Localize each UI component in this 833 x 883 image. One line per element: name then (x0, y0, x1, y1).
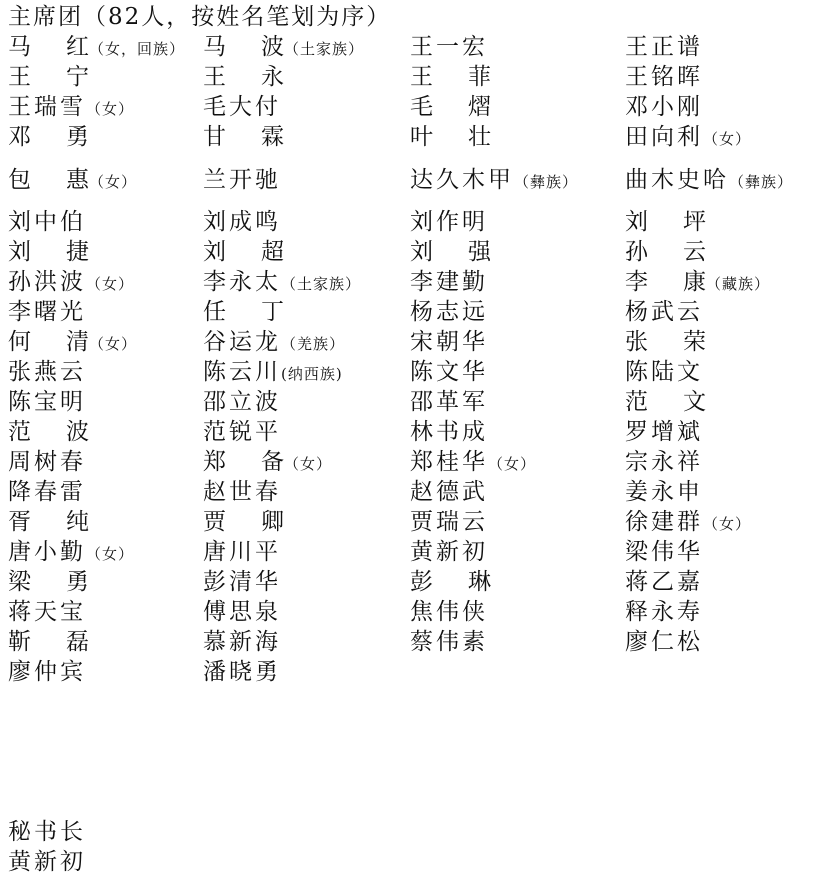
member-name: 梁伟华 (625, 537, 703, 567)
member-entry: 刘捷 (8, 237, 89, 267)
member-name: 廖仁松 (625, 627, 703, 657)
member-entry: 宋朝华 (410, 327, 488, 357)
member-name: 刘强 (410, 237, 491, 267)
member-entry: 王一宏 (410, 32, 488, 62)
member-entry: 彭琳 (410, 567, 491, 597)
member-entry: 王铭晖 (625, 62, 703, 92)
member-name: 宗永祥 (625, 447, 703, 477)
name-row: 孙洪波（女）李永太（土家族）李建勤李康（藏族） (8, 267, 833, 297)
member-name: 范波 (8, 417, 89, 447)
name-row: 何清（女）谷运龙（羌族）宋朝华张荣 (8, 327, 833, 357)
member-name: 释永寿 (625, 597, 703, 627)
member-entry: 陈宝明 (8, 387, 86, 417)
member-name: 宋朝华 (410, 327, 488, 357)
member-entry: 梁勇 (8, 567, 89, 597)
member-entry: 刘成鸣 (203, 207, 281, 237)
member-entry: 任丁 (203, 297, 284, 327)
member-entry: 刘超 (203, 237, 284, 267)
member-entry: 邵革军 (410, 387, 488, 417)
member-entry: 王宁 (8, 62, 89, 92)
member-entry: 廖仁松 (625, 627, 703, 657)
member-entry: 贾瑞云 (410, 507, 488, 537)
member-entry: 达久木甲（彝族） (410, 165, 578, 195)
member-entry: 释永寿 (625, 597, 703, 627)
name-row: 李曙光任丁杨志远杨武云 (8, 297, 833, 327)
name-row: 包惠（女）兰开驰达久木甲（彝族）曲木史哈（彝族） (8, 165, 833, 195)
member-note: （藏族） (706, 275, 770, 293)
member-entry: 杨武云 (625, 297, 703, 327)
member-entry: 蔡伟素 (410, 627, 488, 657)
member-name: 焦伟侠 (410, 597, 488, 627)
member-entry: 兰开驰 (203, 165, 281, 195)
member-entry: 毛大付 (203, 92, 281, 122)
member-name: 赵德武 (410, 477, 488, 507)
member-note: （女） (703, 130, 751, 148)
member-name: 甘霖 (203, 122, 284, 152)
member-name: 马红 (8, 32, 89, 62)
member-name: 刘作明 (410, 207, 488, 237)
member-entry: 王菲 (410, 62, 491, 92)
name-row: 梁勇彭清华彭琳蒋乙嘉 (8, 567, 833, 597)
member-name: 王宁 (8, 62, 89, 92)
member-name: 李永太 (203, 267, 281, 297)
member-name: 梁勇 (8, 567, 89, 597)
member-entry: 刘作明 (410, 207, 488, 237)
member-name: 刘成鸣 (203, 207, 281, 237)
member-name: 降春雷 (8, 477, 86, 507)
member-name: 叶壮 (410, 122, 491, 152)
member-note: （女） (284, 455, 332, 473)
member-entry: 陈陆文 (625, 357, 703, 387)
member-name: 陈宝明 (8, 387, 86, 417)
member-name: 黄新初 (410, 537, 488, 567)
member-entry: 张荣 (625, 327, 706, 357)
member-entry: 傅思泉 (203, 597, 281, 627)
member-name: 张燕云 (8, 357, 86, 387)
member-note: （土家族） (284, 40, 364, 58)
member-entry: 蒋天宝 (8, 597, 86, 627)
member-name: 何清 (8, 327, 89, 357)
member-entry: 潘晓勇 (203, 657, 281, 687)
member-entry: 刘中伯 (8, 207, 86, 237)
member-entry: 何清（女） (8, 327, 137, 357)
name-row: 蒋天宝傅思泉焦伟侠释永寿 (8, 597, 833, 627)
member-name: 毛大付 (203, 92, 281, 122)
member-entry: 毛熠 (410, 92, 491, 122)
member-note: （羌族） (281, 335, 345, 353)
name-row: 王宁王永王菲王铭晖 (8, 62, 833, 92)
secretary-general-name: 黄新初 (8, 847, 86, 877)
member-name: 陈云川 (203, 357, 281, 387)
name-row: 靳磊慕新海蔡伟素廖仁松 (8, 627, 833, 657)
member-name: 谷运龙 (203, 327, 281, 357)
name-row: 周树春郑备（女）郑桂华（女）宗永祥 (8, 447, 833, 477)
member-name: 邵立波 (203, 387, 281, 417)
member-entry: 谷运龙（羌族） (203, 327, 345, 357)
name-row: 刘捷刘超刘强孙云 (8, 237, 833, 267)
member-name: 靳磊 (8, 627, 89, 657)
member-entry: 孙洪波（女） (8, 267, 134, 297)
member-name: 达久木甲 (410, 165, 514, 195)
member-name: 唐川平 (203, 537, 281, 567)
member-entry: 梁伟华 (625, 537, 703, 567)
member-name: 姜永申 (625, 477, 703, 507)
member-name: 曲木史哈 (625, 165, 729, 195)
member-name: 杨武云 (625, 297, 703, 327)
member-entry: 邓勇 (8, 122, 89, 152)
member-entry: 王永 (203, 62, 284, 92)
name-row: 王瑞雪（女）毛大付毛熠邓小刚 (8, 92, 833, 122)
member-entry: 廖仲宾 (8, 657, 86, 687)
member-entry: 赵德武 (410, 477, 488, 507)
member-name: 林书成 (410, 417, 488, 447)
member-name: 王瑞雪 (8, 92, 86, 122)
member-entry: 周树春 (8, 447, 86, 477)
member-name: 李康 (625, 267, 706, 297)
member-name: 廖仲宾 (8, 657, 86, 687)
member-name: 罗增斌 (625, 417, 703, 447)
member-entry: 慕新海 (203, 627, 281, 657)
member-name: 郑备 (203, 447, 284, 477)
member-name: 王正谱 (625, 32, 703, 62)
name-row: 廖仲宾潘晓勇 (8, 657, 833, 687)
member-name: 蔡伟素 (410, 627, 488, 657)
member-entry: 郑桂华（女） (410, 447, 536, 477)
member-entry: 赵世春 (203, 477, 281, 507)
member-entry: 罗增斌 (625, 417, 703, 447)
member-name: 马波 (203, 32, 284, 62)
name-row: 陈宝明邵立波邵革军范文 (8, 387, 833, 417)
member-name: 赵世春 (203, 477, 281, 507)
member-name: 邵革军 (410, 387, 488, 417)
member-name: 胥纯 (8, 507, 89, 537)
member-name: 杨志远 (410, 297, 488, 327)
member-name: 刘坪 (625, 207, 706, 237)
member-name: 蒋乙嘉 (625, 567, 703, 597)
member-entry: 徐建群（女） (625, 507, 751, 537)
member-name: 唐小勤 (8, 537, 86, 567)
member-entry: 蒋乙嘉 (625, 567, 703, 597)
member-name: 张荣 (625, 327, 706, 357)
name-row: 张燕云陈云川(纳西族)陈文华陈陆文 (8, 357, 833, 387)
member-name: 刘超 (203, 237, 284, 267)
member-name: 刘捷 (8, 237, 89, 267)
member-note: （彝族） (514, 173, 578, 191)
member-entry: 马波（土家族） (203, 32, 364, 62)
member-entry: 范文 (625, 387, 706, 417)
member-entry: 唐川平 (203, 537, 281, 567)
member-name: 慕新海 (203, 627, 281, 657)
member-name: 徐建群 (625, 507, 703, 537)
member-entry: 孙云 (625, 237, 706, 267)
member-entry: 刘坪 (625, 207, 706, 237)
member-name: 陈文华 (410, 357, 488, 387)
member-name: 邓小刚 (625, 92, 703, 122)
member-entry: 王正谱 (625, 32, 703, 62)
member-entry: 胥纯 (8, 507, 89, 537)
member-entry: 马红（女，回族） (8, 32, 185, 62)
name-row: 胥纯贾卿贾瑞云徐建群（女） (8, 507, 833, 537)
member-entry: 陈云川(纳西族) (203, 357, 343, 387)
member-note: （女） (86, 545, 134, 563)
name-row: 唐小勤（女）唐川平黄新初梁伟华 (8, 537, 833, 567)
member-name: 郑桂华 (410, 447, 488, 477)
member-entry: 黄新初 (410, 537, 488, 567)
member-name: 兰开驰 (203, 165, 281, 195)
member-name: 王菲 (410, 62, 491, 92)
member-entry: 李建勤 (410, 267, 488, 297)
member-name: 彭琳 (410, 567, 491, 597)
member-entry: 范锐平 (203, 417, 281, 447)
member-note: (纳西族) (281, 365, 343, 383)
member-entry: 李曙光 (8, 297, 86, 327)
member-entry: 唐小勤（女） (8, 537, 134, 567)
member-note: （女） (86, 100, 134, 118)
member-name: 王一宏 (410, 32, 488, 62)
member-name: 毛熠 (410, 92, 491, 122)
name-row: 降春雷赵世春赵德武姜永申 (8, 477, 833, 507)
member-entry: 降春雷 (8, 477, 86, 507)
member-name: 包惠 (8, 165, 89, 195)
name-row: 马红（女，回族）马波（土家族）王一宏王正谱 (8, 32, 833, 62)
member-entry: 邓小刚 (625, 92, 703, 122)
member-name: 李曙光 (8, 297, 86, 327)
member-entry: 郑备（女） (203, 447, 332, 477)
member-name: 孙云 (625, 237, 706, 267)
member-name: 陈陆文 (625, 357, 703, 387)
member-entry: 宗永祥 (625, 447, 703, 477)
member-name: 范文 (625, 387, 706, 417)
name-row: 邓勇甘霖叶壮田向利（女） (8, 122, 833, 152)
member-entry: 李永太（土家族） (203, 267, 361, 297)
page-title: 主席团（82人，按姓名笔划为序） (8, 2, 391, 32)
member-name: 田向利 (625, 122, 703, 152)
member-name: 傅思泉 (203, 597, 281, 627)
member-name: 潘晓勇 (203, 657, 281, 687)
member-note: （女） (89, 335, 137, 353)
member-entry: 张燕云 (8, 357, 86, 387)
name-row: 范波范锐平林书成罗增斌 (8, 417, 833, 447)
member-name: 范锐平 (203, 417, 281, 447)
member-name: 李建勤 (410, 267, 488, 297)
member-entry: 刘强 (410, 237, 491, 267)
member-note: （彝族） (729, 173, 793, 191)
member-name: 任丁 (203, 297, 284, 327)
name-row: 刘中伯刘成鸣刘作明刘坪 (8, 207, 833, 237)
member-entry: 王瑞雪（女） (8, 92, 134, 122)
member-name: 周树春 (8, 447, 86, 477)
member-name: 彭清华 (203, 567, 281, 597)
member-entry: 靳磊 (8, 627, 89, 657)
member-note: （土家族） (281, 275, 361, 293)
member-entry: 叶壮 (410, 122, 491, 152)
member-entry: 曲木史哈（彝族） (625, 165, 793, 195)
member-entry: 李康（藏族） (625, 267, 770, 297)
member-entry: 包惠（女） (8, 165, 137, 195)
member-name: 贾瑞云 (410, 507, 488, 537)
member-note: （女，回族） (89, 40, 185, 58)
member-entry: 焦伟侠 (410, 597, 488, 627)
member-note: （女） (89, 173, 137, 191)
member-entry: 范波 (8, 417, 89, 447)
member-entry: 陈文华 (410, 357, 488, 387)
member-name: 蒋天宝 (8, 597, 86, 627)
member-entry: 彭清华 (203, 567, 281, 597)
member-note: （女） (488, 455, 536, 473)
member-name: 贾卿 (203, 507, 284, 537)
member-entry: 林书成 (410, 417, 488, 447)
member-entry: 田向利（女） (625, 122, 751, 152)
member-name: 王铭晖 (625, 62, 703, 92)
member-name: 孙洪波 (8, 267, 86, 297)
member-name: 邓勇 (8, 122, 89, 152)
member-entry: 邵立波 (203, 387, 281, 417)
member-entry: 姜永申 (625, 477, 703, 507)
member-note: （女） (86, 275, 134, 293)
member-entry: 甘霖 (203, 122, 284, 152)
member-name: 王永 (203, 62, 284, 92)
member-name: 刘中伯 (8, 207, 86, 237)
member-entry: 杨志远 (410, 297, 488, 327)
member-note: （女） (703, 515, 751, 533)
member-entry: 贾卿 (203, 507, 284, 537)
secretary-general-label: 秘书长 (8, 817, 86, 847)
